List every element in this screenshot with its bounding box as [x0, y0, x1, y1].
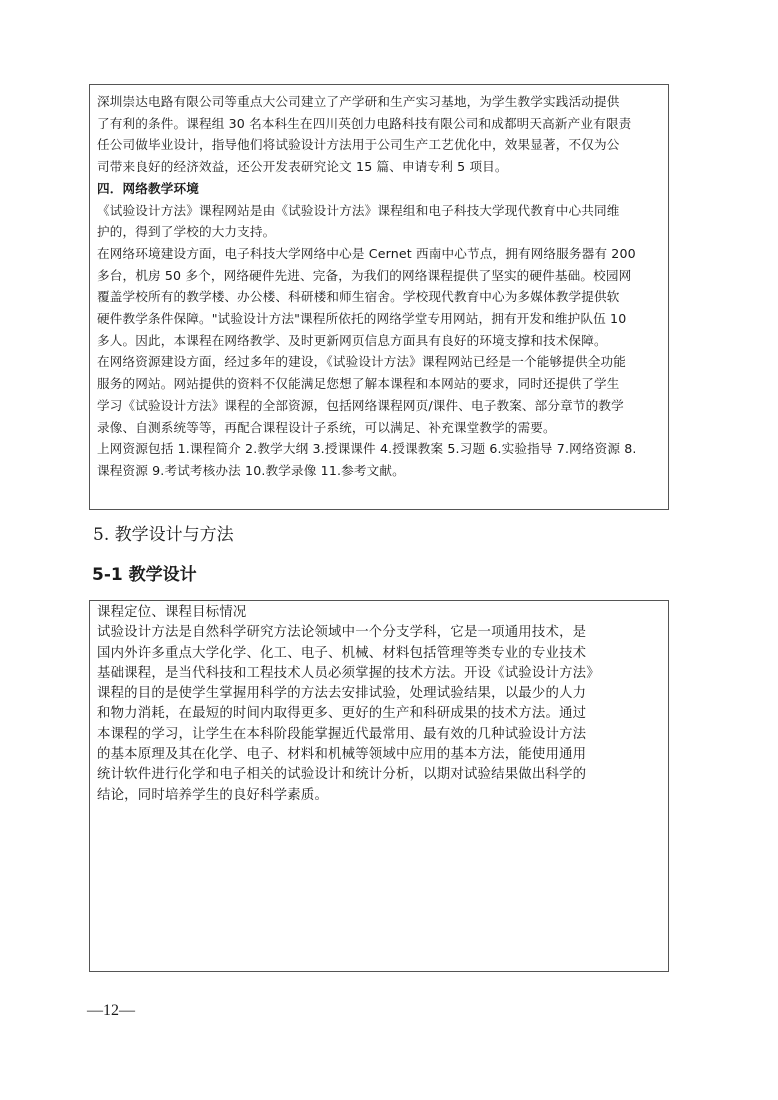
practice-and-network-section-box: 深圳崇达电路有限公司等重点大公司建立了产学研和生产实习基地，为学生教学实践活动提… — [89, 84, 669, 510]
text-line: 试验设计方法是自然科学研究方法论领域中一个分支学科，它是一项通用技术，是 — [97, 623, 668, 643]
text-line: 和物力消耗，在最短的时间内取得更多、更好的生产和科研成果的技术方法。通过 — [97, 704, 668, 724]
text-line: 硬件教学条件保障。"试验设计方法"课程所依托的网络学堂专用网站，拥有开发和维护队… — [97, 308, 668, 330]
text-line: 学习《试验设计方法》课程的全部资源，包括网络课程网页/课件、电子教案、部分章节的… — [97, 395, 668, 417]
online-resources-list-paragraph: 上网资源包括 1.课程简介 2.教学大纲 3.授课课件 4.授课教案 5.习题 … — [97, 438, 668, 481]
text-line: 覆盖学校所有的教学楼、办公楼、科研楼和师生宿舍。学校现代教育中心为多媒体教学提供… — [97, 286, 668, 308]
text-line: 基础课程，是当代科技和工程技术人员必须掌握的技术方法。开设《试验设计方法》 — [97, 664, 668, 684]
network-environment-paragraph: 在网络环境建设方面，电子科技大学网络中心是 Cernet 西南中心节点，拥有网络… — [97, 243, 668, 352]
text-line: 统计软件进行化学和电子相关的试验设计和统计分析，以期对试验结果做出科学的 — [97, 765, 668, 785]
text-line: 国内外许多重点大学化学、化工、电子、机械、材料包括管理等类专业的专业技术 — [97, 644, 668, 664]
text-line: 司带来良好的经济效益，还公开发表研究论文 15 篇、申请专利 5 项目。 — [97, 156, 668, 178]
text-line: 在网络环境建设方面，电子科技大学网络中心是 Cernet 西南中心节点，拥有网络… — [97, 243, 668, 265]
text-line: 录像、自测系统等等，再配合课程设计子系统，可以满足、补充课堂教学的需要。 — [97, 417, 668, 439]
network-environment-heading: 四．网络教学环境 — [97, 178, 668, 200]
website-intro-paragraph: 《试验设计方法》课程网站是由《试验设计方法》课程组和电子科技大学现代教育中心共同… — [97, 200, 668, 243]
text-line: 深圳崇达电路有限公司等重点大公司建立了产学研和生产实习基地，为学生教学实践活动提… — [97, 91, 668, 113]
text-line: 服务的网站。网站提供的资料不仅能满足您想了解本课程和本网站的要求，同时还提供了学… — [97, 373, 668, 395]
text-line: 护的，得到了学校的大力支持。 — [97, 221, 668, 243]
course-positioning-heading: 课程定位、课程目标情况 — [97, 603, 668, 623]
text-line: 本课程的学习，让学生在本科阶段能掌握近代最常用、最有效的几种试验设计方法 — [97, 725, 668, 745]
section-5-1-title: 5-1 教学设计 — [92, 560, 197, 585]
text-line: 《试验设计方法》课程网站是由《试验设计方法》课程组和电子科技大学现代教育中心共同… — [97, 200, 668, 222]
network-resources-paragraph: 在网络资源建设方面，经过多年的建设，《试验设计方法》课程网站已经是一个能够提供全… — [97, 351, 668, 438]
text-line: 上网资源包括 1.课程简介 2.教学大纲 3.授课课件 4.授课教案 5.习题 … — [97, 438, 668, 460]
practice-base-paragraph: 深圳崇达电路有限公司等重点大公司建立了产学研和生产实习基地，为学生教学实践活动提… — [97, 91, 668, 178]
course-positioning-paragraph: 试验设计方法是自然科学研究方法论领域中一个分支学科，它是一项通用技术，是 国内外… — [97, 623, 668, 806]
text-line: 多人。因此，本课程在网络教学、及时更新网页信息方面具有良好的环境支撑和技术保障。 — [97, 330, 668, 352]
text-line: 了有利的条件。课程组 30 名本科生在四川英创力电路科技有限公司和成都明天高新产… — [97, 113, 668, 135]
text-line: 课程的目的是使学生掌握用科学的方法去安排试验，处理试验结果，以最少的人力 — [97, 684, 668, 704]
text-line: 的基本原理及其在化学、电子、材料和机械等领域中应用的基本方法，能使用通用 — [97, 745, 668, 765]
text-line: 多台，机房 50 多个，网络硬件先进、完备，为我们的网络课程提供了坚实的硬件基础… — [97, 265, 668, 287]
course-positioning-box: 课程定位、课程目标情况 试验设计方法是自然科学研究方法论领域中一个分支学科，它是… — [89, 600, 669, 972]
text-line: 任公司做毕业设计，指导他们将试验设计方法用于公司生产工艺优化中，效果显著，不仅为… — [97, 134, 668, 156]
page-number: —12— — [87, 1002, 135, 1020]
text-line: 结论，同时培养学生的良好科学素质。 — [97, 786, 668, 806]
text-line: 课程资源 9.考试考核办法 10.教学录像 11.参考文献。 — [97, 460, 668, 482]
text-line: 在网络资源建设方面，经过多年的建设，《试验设计方法》课程网站已经是一个能够提供全… — [97, 351, 668, 373]
section-5-title: 5. 教学设计与方法 — [93, 520, 234, 545]
